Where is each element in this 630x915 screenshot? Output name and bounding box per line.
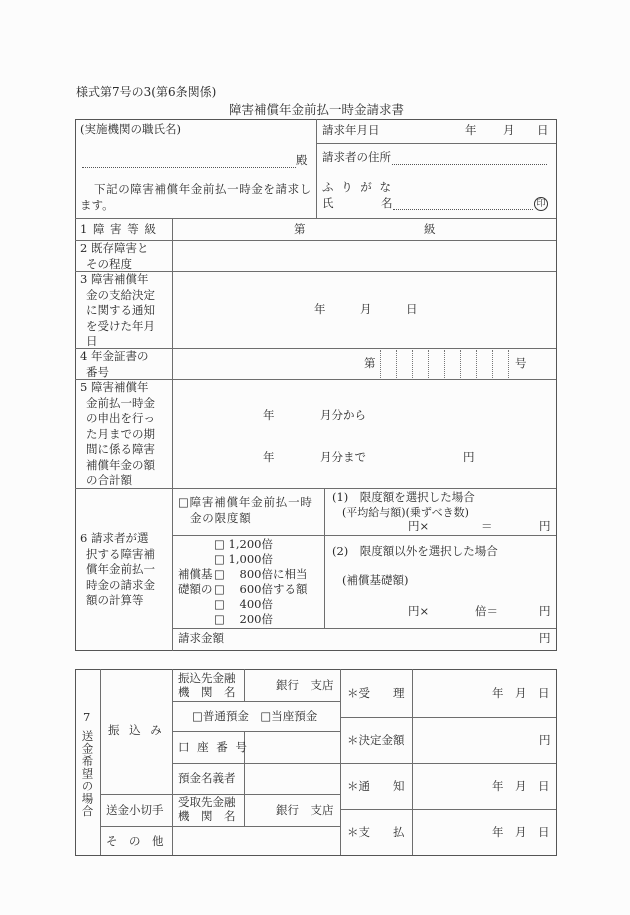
case1-sub: (平均給与額)(乗ずべき数)	[342, 507, 469, 518]
transfer-bank-field[interactable]: 銀行 支店	[276, 680, 334, 692]
multiplier-option[interactable]: 補償基□ 800倍に相当	[178, 567, 307, 582]
address-label: 請求者の住所	[322, 152, 391, 164]
name-field[interactable]	[393, 209, 533, 210]
case2-sub: (補償基礎額)	[342, 575, 408, 587]
case2-yen[interactable]: 円	[539, 606, 551, 618]
notice-label: ＊通 知	[347, 781, 405, 793]
account-type-checkboxes[interactable]: □普通預金 □当座預金	[192, 711, 317, 723]
case1-eq[interactable]: ＝	[481, 521, 493, 533]
request-date-month[interactable]: 月	[503, 125, 515, 137]
case2-bai-eq[interactable]: 倍＝	[475, 606, 498, 618]
multiplier-option[interactable]: □ 200倍	[178, 612, 307, 627]
case1-yen[interactable]: 円	[539, 521, 551, 533]
multiplier-option[interactable]: □ 1,000倍	[178, 552, 307, 567]
official-label: (実施機関の職氏名)	[80, 124, 181, 136]
claim-amount-label: 請求金額	[178, 633, 224, 645]
official-name-field[interactable]	[82, 167, 296, 168]
row4-dai: 第	[364, 358, 376, 370]
transfer-label: 振 込 み	[108, 725, 165, 737]
seal-icon: 印	[534, 197, 548, 211]
receive-bank-label: 受取先金融機 関 名	[178, 795, 236, 823]
received-date[interactable]: 年 月 日	[492, 688, 550, 700]
page-title: 障害補償年金前払一時金請求書	[229, 104, 404, 117]
name-label-2: 名	[381, 198, 393, 210]
name-label-1: 氏	[322, 198, 334, 210]
other-label: そ の 他	[106, 836, 164, 848]
request-text-line1: 下記の障害補償年金前払一時金を請求し	[94, 184, 312, 196]
row1-dai: 第	[294, 224, 306, 236]
row5-from-month[interactable]: 月分から	[320, 410, 366, 422]
payment-label: ＊支 払	[347, 827, 405, 839]
row5-yen[interactable]: 円	[463, 452, 475, 464]
form-number: 様式第7号の3(第6条関係)	[76, 86, 216, 98]
row3-year[interactable]: 年	[314, 304, 326, 316]
certificate-number-input[interactable]	[381, 350, 508, 378]
case1-title: (1) 限度額を選択した場合	[332, 492, 475, 504]
furigana-label: ふ り が な	[322, 182, 393, 194]
multiplier-options: □ 1,200倍 □ 1,000倍 補償基□ 800倍に相当 礎額の□ 600倍…	[178, 537, 307, 627]
address-field[interactable]	[392, 164, 547, 165]
multiplier-option[interactable]: □ 400倍	[178, 597, 307, 612]
row4-go: 号	[515, 358, 527, 370]
case2-title: (2) 限度額以外を選択した場合	[332, 546, 498, 558]
row3-label: 3 障害補償年 金の支給決定 に関する通知 を受けた年月 日	[80, 272, 155, 350]
claim-amount-yen[interactable]: 円	[539, 633, 551, 645]
other-input[interactable]	[173, 827, 339, 854]
multiplier-option[interactable]: 礎額の□ 600倍する額	[178, 582, 307, 597]
row5-to-month[interactable]: 月分まで	[320, 452, 366, 464]
honorific: 殿	[296, 155, 308, 167]
check-label: 送金小切手	[106, 805, 164, 817]
row5-from-year[interactable]: 年	[263, 410, 275, 422]
receive-bank-field[interactable]: 銀行 支店	[276, 805, 334, 817]
multiplier-option[interactable]: □ 1,200倍	[178, 537, 307, 552]
case2-yen-x[interactable]: 円×	[408, 606, 429, 618]
row4-label: 4 年金証書の番号	[80, 349, 148, 380]
payment-date[interactable]: 年 月 日	[492, 827, 550, 839]
account-number-label: 口 座 番 号	[178, 742, 249, 754]
row5-label: 5 障害補償年 金前払一時金 の申出を行っ た月までの期 間に係る障害 補償年金…	[80, 380, 155, 489]
notice-date[interactable]: 年 月 日	[492, 781, 550, 793]
received-label: ＊受 理	[347, 688, 405, 700]
row1-kyu: 級	[424, 224, 436, 236]
account-holder-label: 預金名義者	[178, 773, 236, 785]
row5-to-year[interactable]: 年	[263, 452, 275, 464]
case1-yen-x[interactable]: 円×	[408, 521, 429, 533]
request-date-day[interactable]: 日	[537, 125, 549, 137]
limit-option-checkbox[interactable]: □障害補償年金前払一時 金の限度額	[178, 495, 313, 526]
request-date-label: 請求年月日	[322, 125, 380, 137]
transfer-bank-label: 振込先金融機 関 名	[178, 671, 236, 699]
request-text-line2: ます。	[80, 200, 114, 212]
decided-amount-label: ＊決定金額	[347, 735, 405, 747]
row3-month[interactable]: 月	[360, 304, 372, 316]
row1-label: 1 障 害 等 級	[80, 224, 157, 236]
request-date-year[interactable]: 年	[465, 125, 477, 137]
account-holder-input[interactable]	[245, 764, 339, 793]
section7-number: 7	[83, 712, 90, 724]
decided-amount-value[interactable]: 円	[539, 735, 551, 747]
account-number-input[interactable]	[245, 732, 339, 762]
row3-day[interactable]: 日	[406, 304, 418, 316]
row6-label: 6 請求者が選 択する障害補 償年金前払一 時金の請求金 額の計算等	[80, 531, 155, 609]
section7-label: 送金希望の場合	[81, 730, 93, 818]
row2-label: 2 既存障害とその程度	[80, 241, 148, 272]
